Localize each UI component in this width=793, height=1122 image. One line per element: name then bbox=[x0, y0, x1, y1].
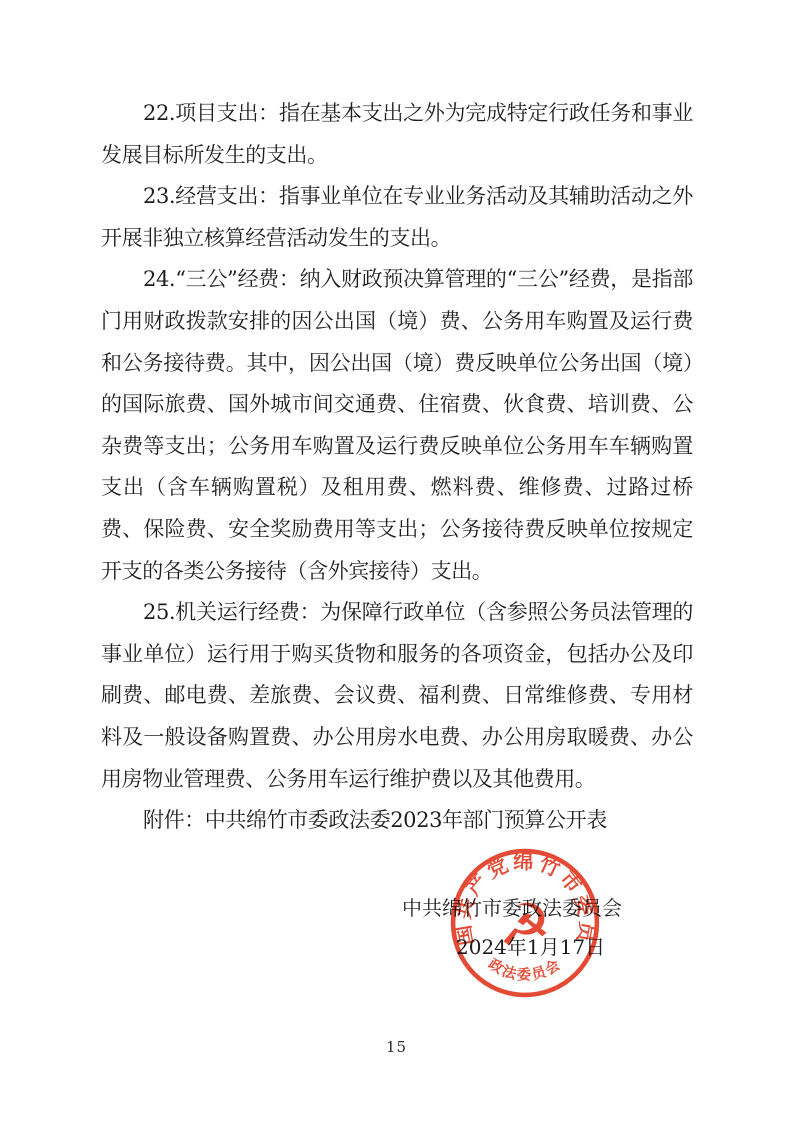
official-seal: 中国共产党绵竹市委员会 政法委员会 ☭ bbox=[447, 845, 603, 1001]
seal-graphic: 中国共产党绵竹市委员会 政法委员会 ☭ bbox=[447, 845, 603, 1001]
paragraph-24-three-public-funds: 24.“三公”经费：纳入财政预决算管理的“三公”经费，是指部门用财政拨款安排的因… bbox=[101, 259, 693, 592]
hammer-and-sickle-icon: ☭ bbox=[499, 890, 552, 959]
document-body: 22.项目支出：指在基本支出之外为完成特定行政任务和事业发展目标所发生的支出。 … bbox=[101, 93, 693, 842]
attachment-line: 附件：中共绵竹市委政法委2023年部门预算公开表 bbox=[101, 800, 693, 842]
document-page: 22.项目支出：指在基本支出之外为完成特定行政任务和事业发展目标所发生的支出。 … bbox=[0, 0, 793, 1122]
paragraph-25-agency-operating-funds: 25.机关运行经费：为保障行政单位（含参照公务员法管理的事业单位）运行用于购买货… bbox=[101, 592, 693, 800]
seal-bottom-text: 政法委员会 bbox=[485, 955, 564, 983]
paragraph-22-project-expenditure: 22.项目支出：指在基本支出之外为完成特定行政任务和事业发展目标所发生的支出。 bbox=[101, 93, 693, 176]
page-number: 15 bbox=[0, 1038, 793, 1056]
paragraph-23-operating-expenditure: 23.经营支出：指事业单位在专业业务活动及其辅助活动之外开展非独立核算经营活动发… bbox=[101, 176, 693, 259]
